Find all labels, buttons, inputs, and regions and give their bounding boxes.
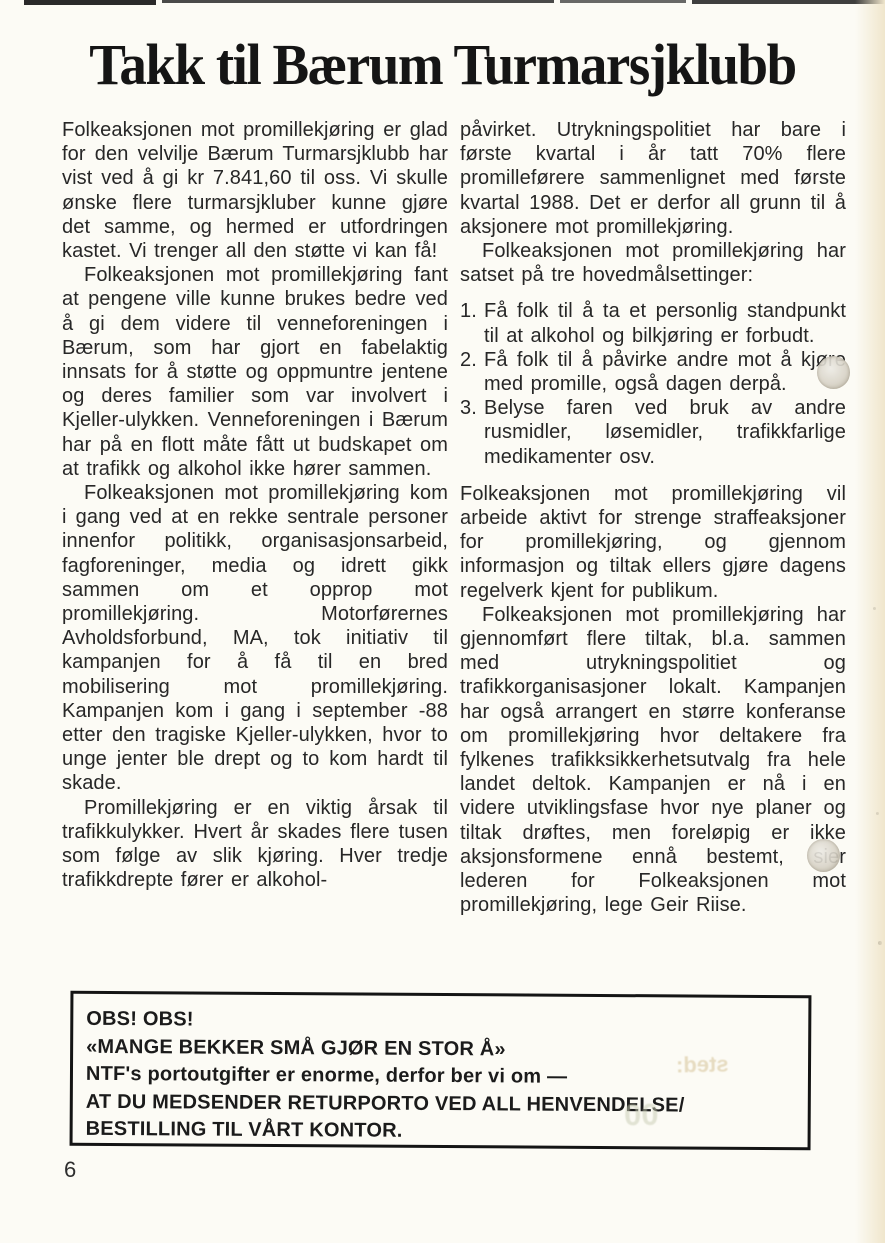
scanned-newsletter-page: Takk til Bærum Turmarsjklubb Folkeaksjon…: [0, 0, 885, 1243]
notice-box: OBS! OBS! «MANGE BEKKER SMÅ GJØR EN STOR…: [70, 991, 812, 1151]
list-item: 3. Belyse faren ved bruk av andre rusmid…: [460, 396, 846, 469]
paragraph: Folkeaksjonen mot promillekjøring fant a…: [62, 263, 448, 481]
scan-edge-artifact: [692, 0, 885, 4]
list-item-text: Belyse faren ved bruk av andre rusmidler…: [484, 396, 846, 469]
list-item-text: Få folk til å ta et personlig standpunkt…: [484, 299, 846, 347]
notice-line: BESTILLING TIL VÅRT KONTOR.: [86, 1116, 800, 1148]
paragraph: Promillekjøring er en viktig årsak til t…: [62, 796, 448, 893]
article-body: Folkeaksjonen mot promillekjøring er gla…: [62, 118, 846, 918]
scan-speck: [873, 607, 876, 610]
notice-line: «MANGE BEKKER SMÅ GJØR EN STOR Å»: [86, 1033, 800, 1065]
paragraph: Folkeaksjonen mot promillekjøring er gla…: [62, 118, 448, 263]
scan-edge-artifact: [560, 0, 686, 3]
goals-list: 1. Få folk til å ta et personlig standpu…: [460, 299, 846, 468]
list-item: 2. Få folk til å påvirke andre mot å kjø…: [460, 348, 846, 396]
list-item: 1. Få folk til å ta et personlig standpu…: [460, 299, 846, 347]
paragraph: Folkeaksjonen mot promillekjøring har sa…: [460, 239, 846, 287]
page-title: Takk til Bærum Turmarsjklubb: [0, 31, 885, 97]
hole-punch-mark: [807, 839, 840, 872]
left-column: Folkeaksjonen mot promillekjøring er gla…: [62, 118, 448, 918]
notice-line: AT DU MEDSENDER RETURPORTO VED ALL HENVE…: [86, 1088, 800, 1120]
scan-edge-artifact: [24, 0, 156, 5]
list-item-text: Få folk til å påvirke andre mot å kjøre …: [484, 348, 846, 396]
scan-speck: [876, 812, 879, 815]
scan-speck: [878, 941, 882, 945]
list-item-number: 2.: [460, 348, 484, 396]
paragraph: Folkeaksjonen mot promillekjøring vil ar…: [460, 482, 846, 603]
hole-punch-mark: [817, 356, 850, 389]
notice-line: NTF's portoutgifter er enorme, derfor be…: [86, 1061, 800, 1093]
list-item-number: 1.: [460, 299, 484, 347]
scan-edge-artifact: [162, 0, 554, 3]
paragraph: påvirket. Utrykningspolitiet har bare i …: [460, 118, 846, 239]
paragraph: Folkeaksjonen mot promillekjøring kom i …: [62, 481, 448, 796]
paragraph: Folkeaksjonen mot promillekjøring har gj…: [460, 603, 846, 918]
list-item-number: 3.: [460, 396, 484, 469]
notice-line: OBS! OBS!: [86, 1006, 800, 1038]
right-column: påvirket. Utrykningspolitiet har bare i …: [460, 118, 846, 918]
page-number: 6: [64, 1157, 76, 1183]
